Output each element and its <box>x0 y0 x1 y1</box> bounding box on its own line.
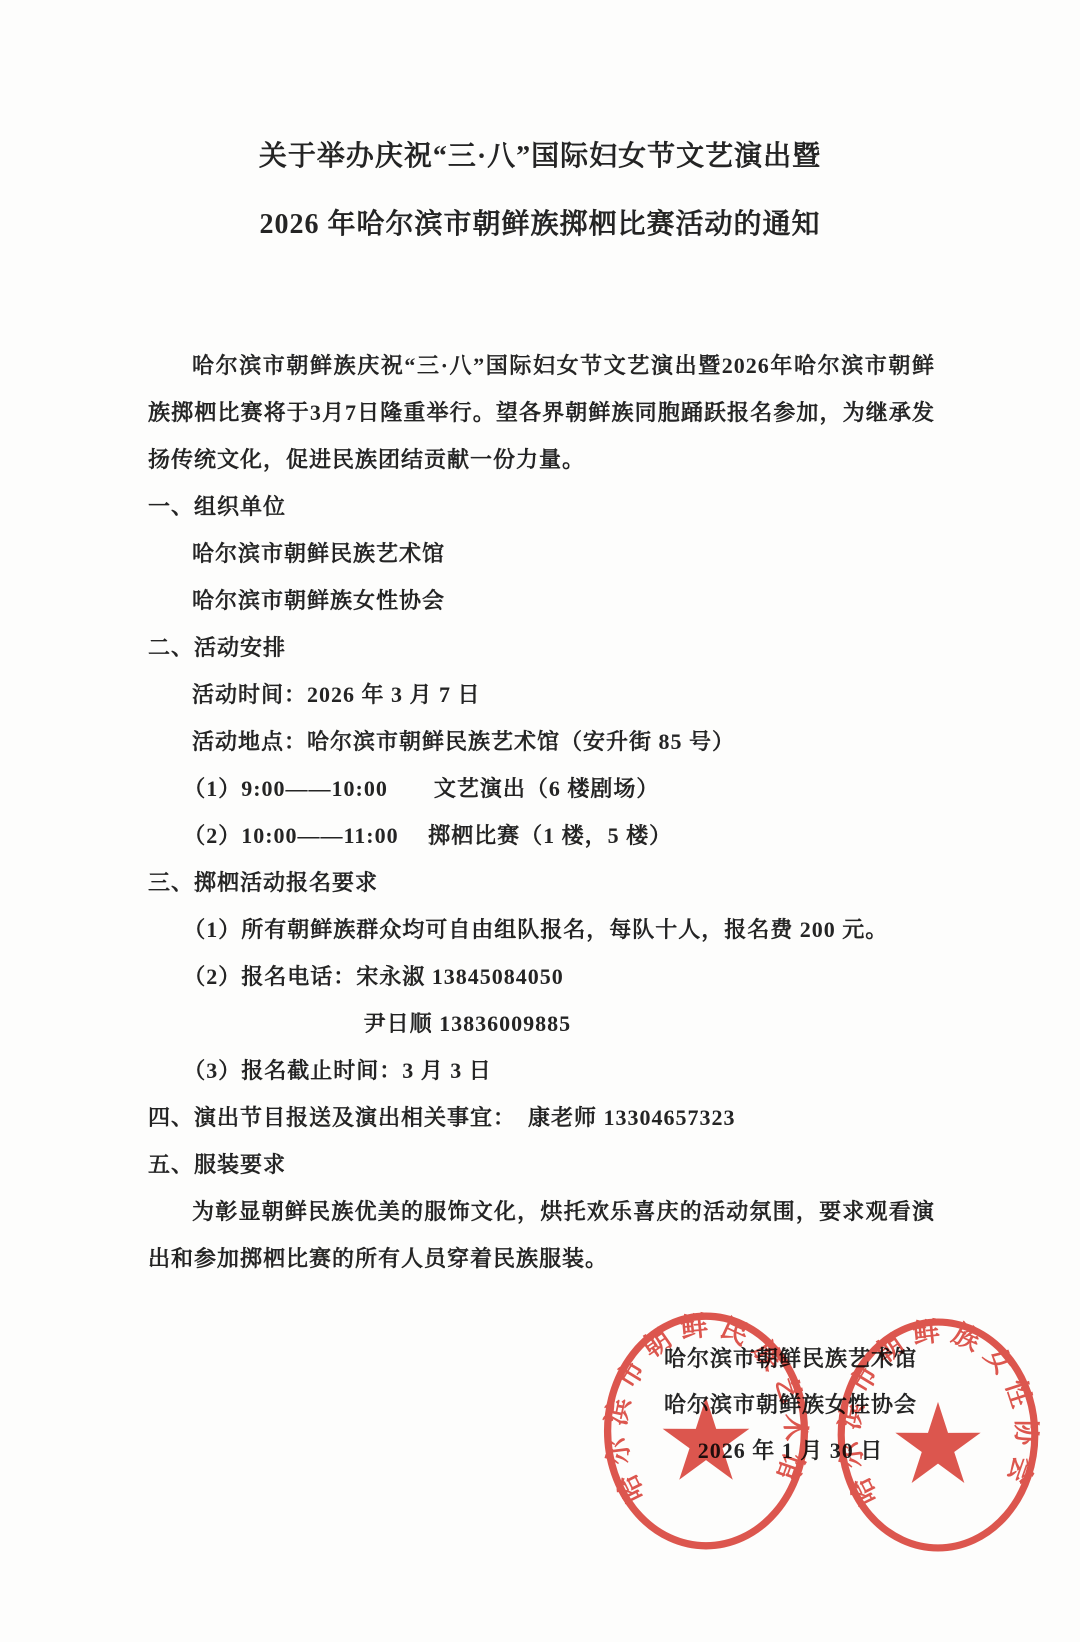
registration-rule-1: （1）所有朝鲜族群众均可自由组队报名，每队十人，报名费 200 元。 <box>148 906 935 953</box>
title-line-2: 2026 年哈尔滨市朝鲜族掷柶比赛活动的通知 <box>0 204 1080 246</box>
red-star-icon <box>663 1397 750 1479</box>
title-line-1: 关于举办庆祝“三·八”国际妇女节文艺演出暨 <box>0 136 1080 178</box>
document-title: 关于举办庆祝“三·八”国际妇女节文艺演出暨 2026 年哈尔滨市朝鲜族掷柶比赛活… <box>0 136 1080 246</box>
registration-phone-line-1: （2）报名电话：宋永淑 13845084050 <box>148 953 935 1000</box>
round-seal-icon: 哈尔滨市朝鲜民族艺术馆 <box>596 1308 816 1554</box>
section-3-heading: 三、掷柶活动报名要求 <box>148 859 935 906</box>
schedule-item-2: （2）10:00——11:00 掷柶比赛（1 楼，5 楼） <box>148 812 935 859</box>
organizer-line-2: 哈尔滨市朝鲜族女性协会 <box>148 577 935 624</box>
document-body: 哈尔滨市朝鲜族庆祝“三·八”国际妇女节文艺演出暨2026年哈尔滨市朝鲜族掷柶比赛… <box>148 342 935 1282</box>
section-1-heading: 一、组织单位 <box>148 483 935 530</box>
schedule-item-1: （1）9:00——10:00 文艺演出（6 楼剧场） <box>148 765 935 812</box>
section-2-heading: 二、活动安排 <box>148 624 935 671</box>
registration-deadline-line: （3）报名截止时间：3 月 3 日 <box>148 1047 935 1094</box>
notice-document-page: 关于举办庆祝“三·八”国际妇女节文艺演出暨 2026 年哈尔滨市朝鲜族掷柶比赛活… <box>0 0 1080 1642</box>
round-seal-icon: 哈尔滨市朝鲜族女性协会 <box>826 1314 1050 1556</box>
intro-paragraph: 哈尔滨市朝鲜族庆祝“三·八”国际妇女节文艺演出暨2026年哈尔滨市朝鲜族掷柶比赛… <box>148 342 935 483</box>
organizer-line-1: 哈尔滨市朝鲜民族艺术馆 <box>148 530 935 577</box>
event-time-line: 活动时间：2026 年 3 月 7 日 <box>148 671 935 718</box>
section-5-heading: 五、服装要求 <box>148 1141 935 1188</box>
red-star-icon <box>895 1402 980 1483</box>
section-4-heading: 四、演出节目报送及演出相关事宜： 康老师 13304657323 <box>148 1094 935 1141</box>
women-association-seal-stamp: 哈尔滨市朝鲜族女性协会 <box>826 1314 1050 1556</box>
event-location-line: 活动地点：哈尔滨市朝鲜民族艺术馆（安升街 85 号） <box>148 718 935 765</box>
dress-code-paragraph: 为彰显朝鲜民族优美的服饰文化，烘托欢乐喜庆的活动氛围，要求观看演出和参加掷柶比赛… <box>148 1188 935 1282</box>
arts-center-seal-stamp: 哈尔滨市朝鲜民族艺术馆 <box>596 1308 816 1554</box>
registration-phone-line-2: 尹日顺 13836009885 <box>148 1000 935 1047</box>
